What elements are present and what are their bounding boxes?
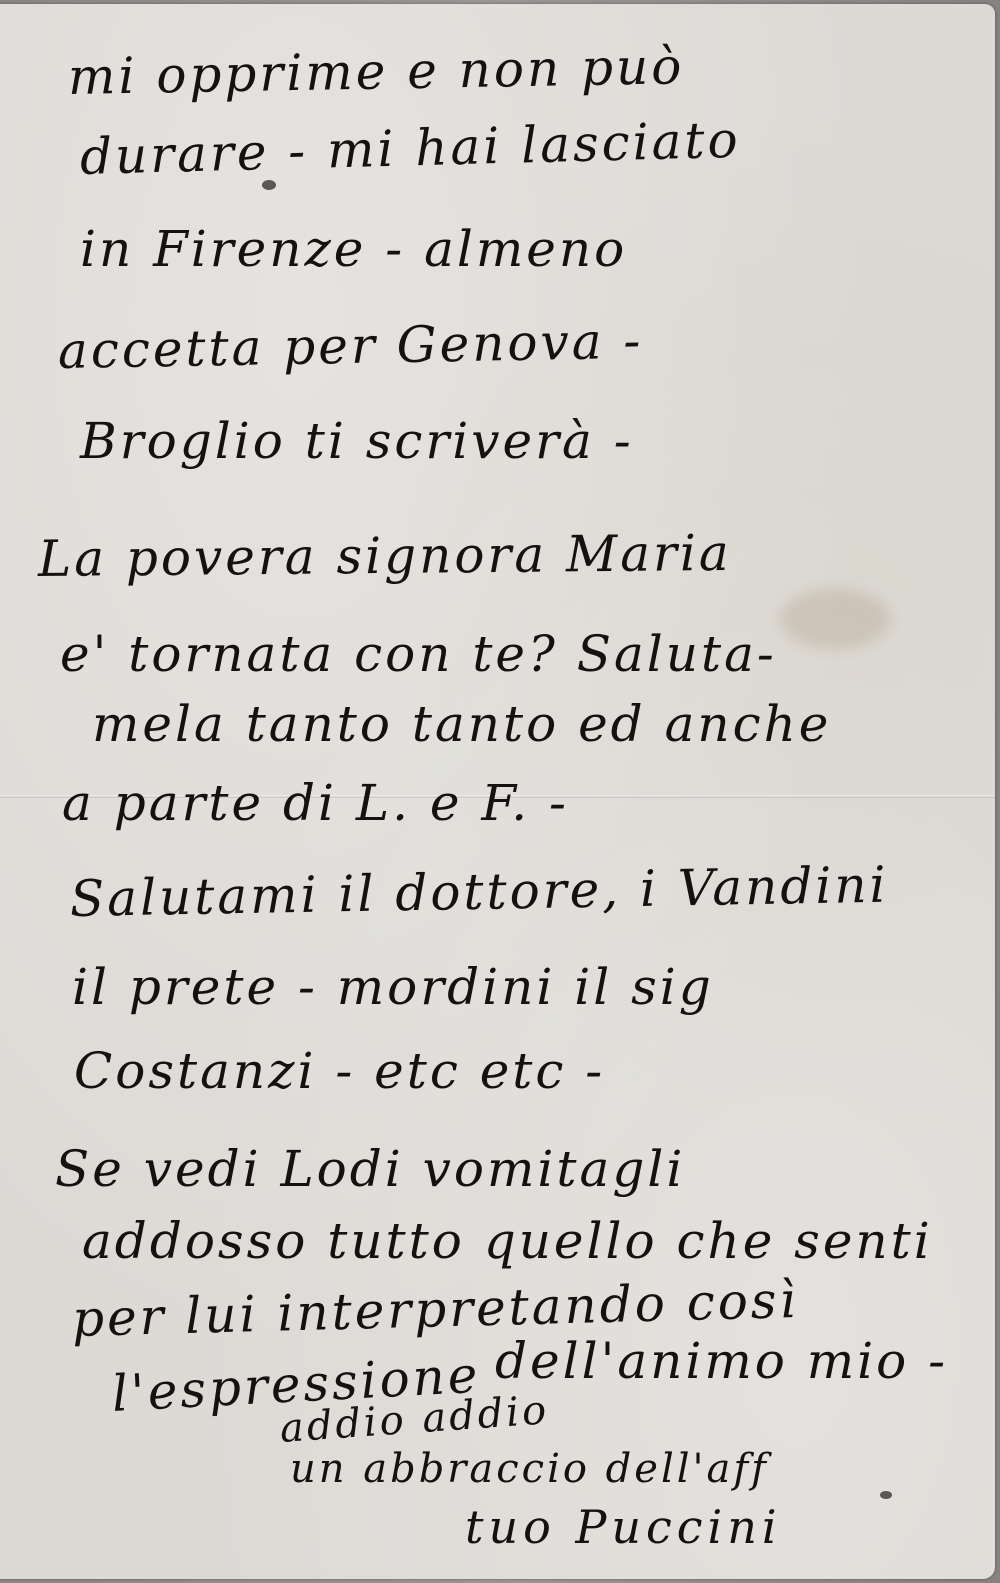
letter-line: addosso tutto quello che senti xyxy=(82,1216,933,1266)
letter-line: mela tanto tanto ed anche xyxy=(92,699,831,749)
letter-line: accetta per Genova - xyxy=(58,316,644,376)
letter-line: in Firenze - almeno xyxy=(80,224,627,274)
signature: tuo Puccini xyxy=(465,1504,782,1550)
letter-line: dell'animo mio - xyxy=(495,1336,948,1386)
ink-blot xyxy=(880,1491,892,1499)
letter-line: Costanzi - etc etc - xyxy=(74,1046,605,1096)
letter-line: e' tornata con te? Saluta- xyxy=(60,629,777,679)
letter-line: Broglio ti scriverà - xyxy=(80,416,634,466)
letter-line: mi opprime e non può xyxy=(68,41,685,102)
letter-line: durare - mi hai lasciato xyxy=(79,115,741,182)
paper-stain xyxy=(780,589,890,649)
letter-line: a parte di L. e F. - xyxy=(62,778,569,828)
ink-blot xyxy=(262,180,276,190)
letter-sheet: mi opprime e non può durare - mi hai las… xyxy=(0,4,995,1579)
letter-line: Se vedi Lodi vomitagli xyxy=(55,1144,685,1194)
letter-line: Salutami il dottore, i Vandini xyxy=(70,860,889,924)
letter-line: il prete - mordini il sig xyxy=(72,962,714,1012)
closing-embrace: un abbraccio dell'aff xyxy=(290,1449,769,1489)
letter-line: La povera signora Maria xyxy=(38,528,732,584)
